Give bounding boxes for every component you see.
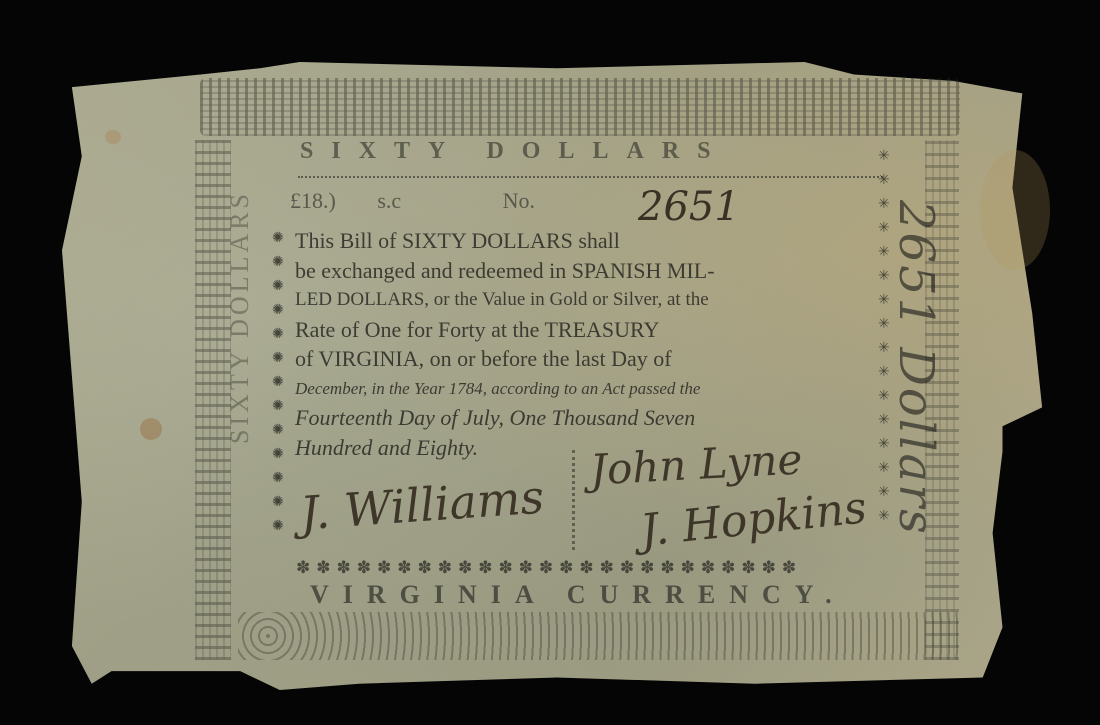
body-line: Rate of One for Forty at the TREASURY [295, 315, 885, 345]
left-vertical-text: SIXTY DOLLARS [225, 190, 255, 444]
prefix-sc: s.c [377, 188, 401, 213]
left-rosette-column: ✺✺✺✺✺✺✺✺✺✺✺✺✺ [272, 232, 286, 534]
rosette-icon: ✺ [272, 448, 286, 462]
body-line: of VIRGINIA, on or before the last Day o… [295, 344, 885, 374]
note-heading: SIXTY DOLLARS [300, 138, 729, 165]
serial-number: 2651 [638, 184, 740, 230]
rosette-icon: ✺ [272, 496, 286, 510]
body-line: LED DOLLARS, or the Value in Gold or Sil… [295, 285, 885, 315]
rosette-icon: ✺ [272, 400, 286, 414]
body-line: December, in the Year 1784, according to… [295, 374, 885, 404]
stain [105, 130, 121, 144]
rosette-icon: ✺ [272, 304, 286, 318]
body-line: be exchanged and redeemed in SPANISH MIL… [295, 256, 885, 286]
signature-divider [572, 450, 575, 550]
rosette-icon: ✺ [272, 352, 286, 366]
rosette-icon: ✳ [878, 150, 892, 164]
footer-text: VIRGINIA CURRENCY. [310, 580, 846, 610]
dotted-rule [298, 176, 883, 188]
rosette-icon: ✺ [272, 328, 286, 342]
note-body-text: This Bill of SIXTY DOLLARS shall be exch… [295, 226, 885, 462]
top-ornamental-border [200, 78, 960, 136]
right-vertical-handwriting: 2651 Dollars [888, 200, 944, 536]
rosette-icon: ✺ [272, 280, 286, 294]
denomination-line: £18.) s.c No. [290, 188, 571, 214]
rosette-row: ✽✽✽✽✽✽✽✽✽✽✽✽✽✽✽✽✽✽✽✽✽✽✽✽✽ [296, 558, 802, 578]
bottom-ornamental-border [238, 612, 958, 660]
rosette-icon: ✺ [272, 424, 286, 438]
stain [980, 150, 1050, 270]
body-line: Fourteenth Day of July, One Thousand Sev… [295, 403, 885, 433]
rosette-icon: ✺ [272, 520, 286, 534]
rosette-icon: ✺ [272, 472, 286, 486]
rosette-icon: ✺ [272, 232, 286, 246]
rosette-icon: ✺ [272, 256, 286, 270]
value-pounds: £18.) [290, 188, 336, 213]
stain [140, 418, 162, 440]
rosette-icon: ✺ [272, 376, 286, 390]
body-line: This Bill of SIXTY DOLLARS shall [295, 226, 885, 256]
serial-label: No. [503, 188, 535, 213]
rosette-icon: ✳ [878, 174, 892, 188]
